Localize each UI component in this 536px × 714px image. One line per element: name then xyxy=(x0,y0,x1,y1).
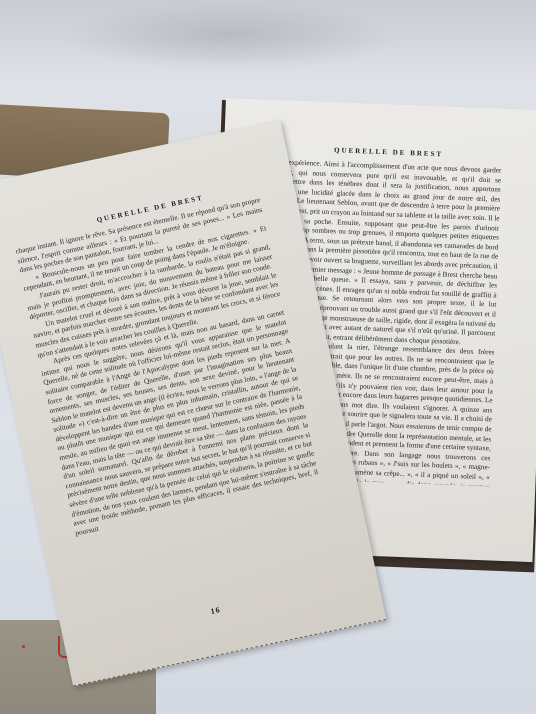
left-page-text: chaque instant. Il ignore le rêve. Sa pr… xyxy=(15,196,339,620)
left-page: QUERELLE DE BREST chaque instant. Il ign… xyxy=(0,120,386,686)
left-page-layer: QUERELLE DE BREST chaque instant. Il ign… xyxy=(0,0,536,714)
left-page-number: 16 xyxy=(210,605,222,616)
